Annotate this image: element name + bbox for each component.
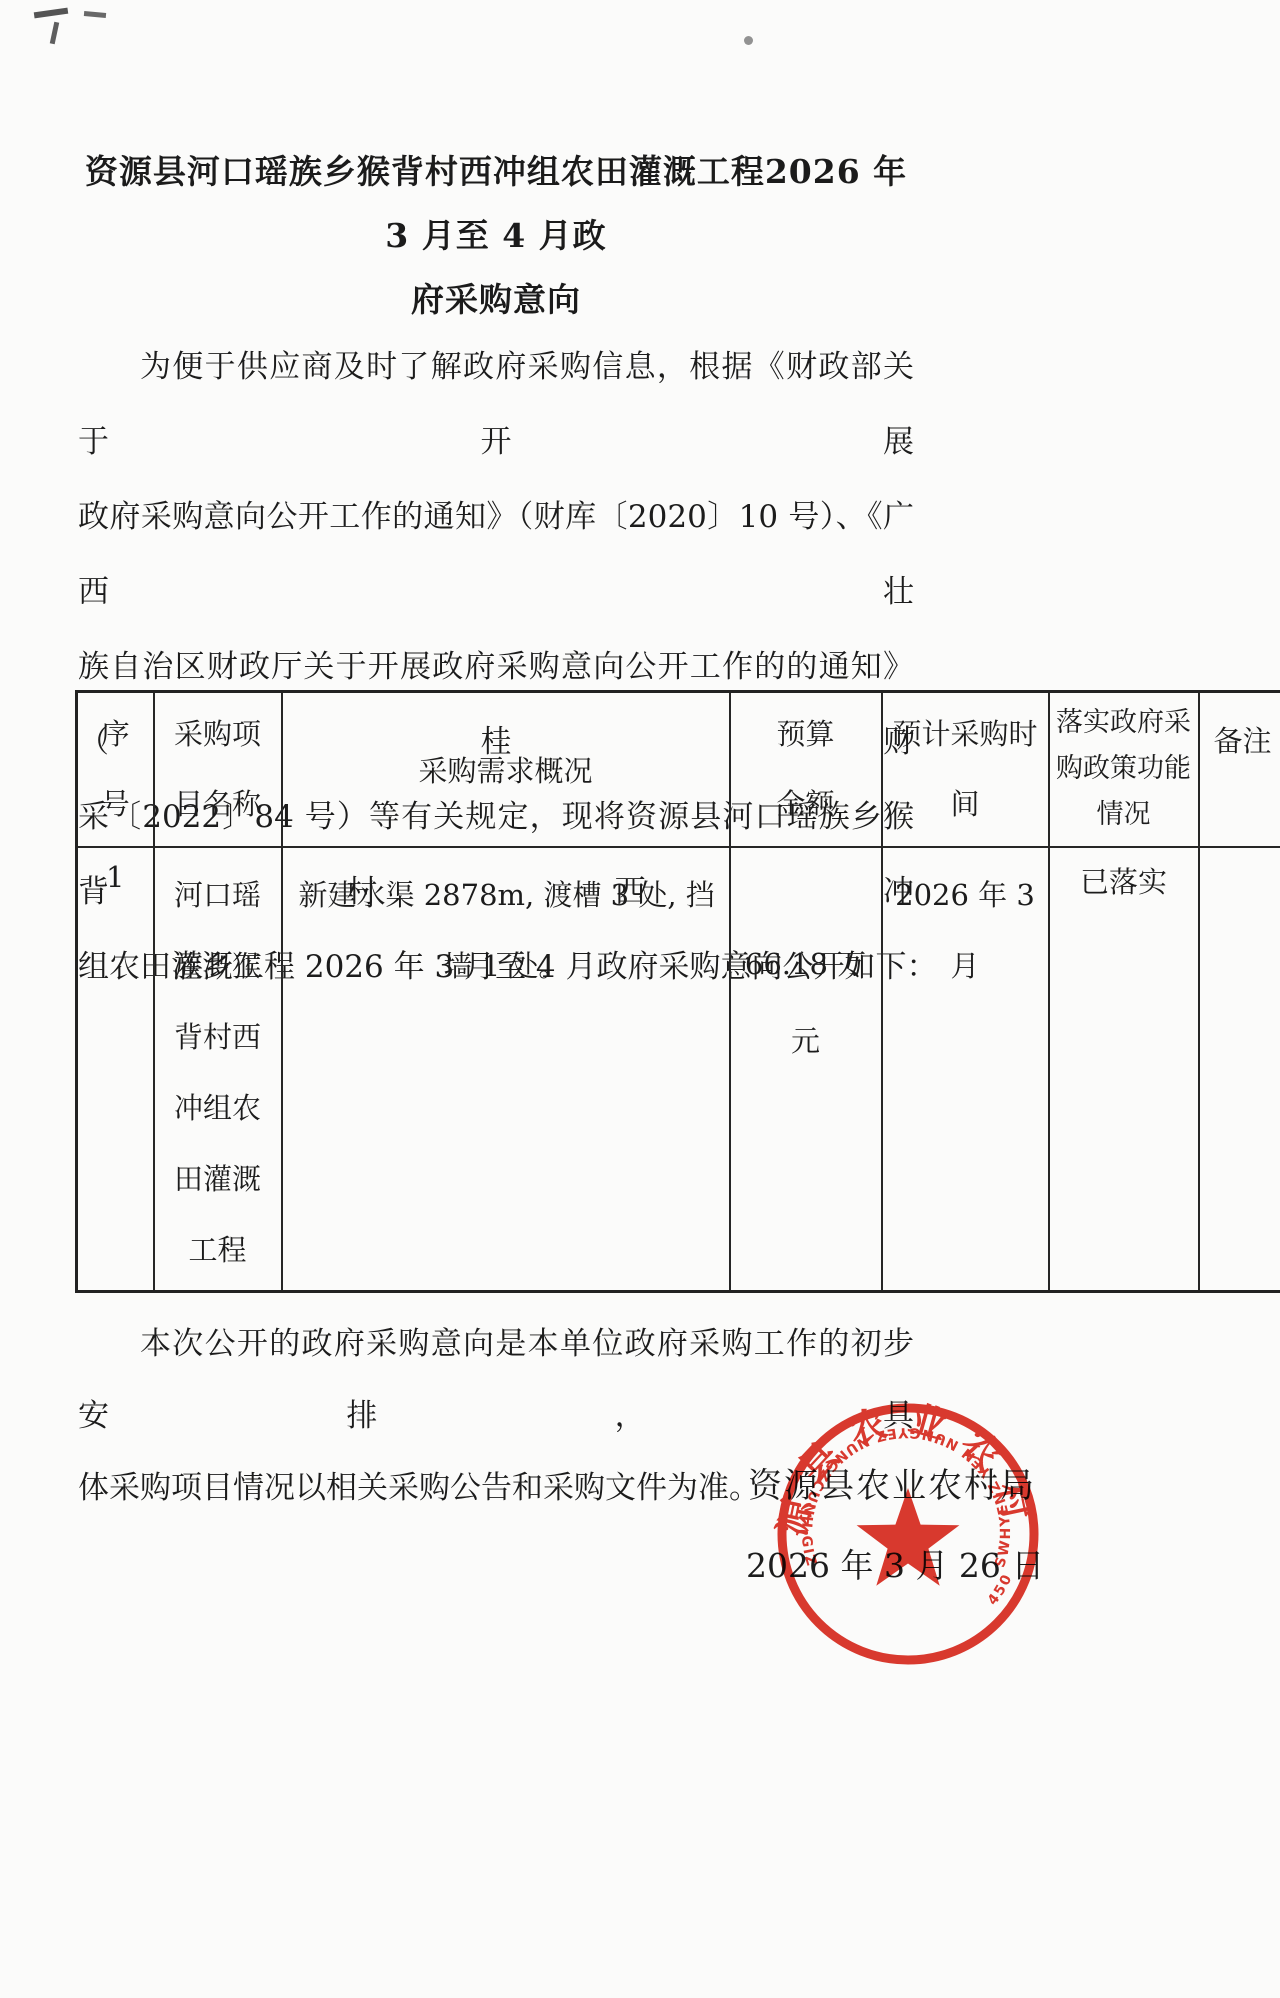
header-budget: 预算 金额 <box>730 692 882 847</box>
star-icon <box>857 1488 960 1586</box>
header-seq: 序 号 <box>77 692 154 847</box>
cell-seq: 1 <box>77 847 154 1292</box>
document-title: 资源县河口瑶族乡猴背村西冲组农田灌溉工程2026 年 3 月至 4 月政 府采购… <box>78 140 914 332</box>
header-project-name: 采购项 目名称 <box>154 692 282 847</box>
cell-budget: 66.18 万 元 <box>730 847 882 1292</box>
cell-note <box>1199 847 1280 1292</box>
intro-line: 为便于供应商及时了解政府采购信息，根据《财政部关于开展 <box>78 330 914 480</box>
procurement-table: 序 号 采购项 目名称 采购需求概况 预算 金额 预计采购时 间 落实政府采 购… <box>75 690 1280 1293</box>
official-stamp: 资源县农业农村局 SWHYENZ YEN NUNGYEZ NUNGZCUNH G… <box>770 1396 1046 1672</box>
scanned-document-page: { "doc": { "title_lines": [ "资源县河口瑶族乡猴背村… <box>0 0 1280 1998</box>
intro-line: 政府采购意向公开工作的通知》（财库〔2020〕10 号）、《广西壮 <box>78 480 914 630</box>
cell-expected-time: 2026 年 3 月 <box>882 847 1049 1292</box>
scan-artifact <box>50 22 59 45</box>
table-row: 1 河口瑶 族乡猴 背村西 冲组农 田灌溉 工程 新建水渠 2878m, 渡槽 … <box>77 847 1280 1292</box>
table-header-row: 序 号 采购项 目名称 采购需求概况 预算 金额 预计采购时 间 落实政府采 购… <box>77 692 1280 847</box>
header-policy: 落实政府采 购政策功能 情况 <box>1049 692 1199 847</box>
header-note: 备注 <box>1199 692 1280 847</box>
scan-artifact <box>84 11 106 18</box>
title-line-1: 资源县河口瑶族乡猴背村西冲组农田灌溉工程2026 年 3 月至 4 月政 <box>78 140 914 268</box>
title-line-2: 府采购意向 <box>78 268 914 332</box>
header-demand-overview: 采购需求概况 <box>282 692 730 847</box>
header-expected-time: 预计采购时 间 <box>882 692 1049 847</box>
cell-project-name: 河口瑶 族乡猴 背村西 冲组农 田灌溉 工程 <box>154 847 282 1292</box>
cell-demand-overview: 新建水渠 2878m, 渡槽 3 处, 挡 墙 1 处。 <box>282 847 730 1292</box>
scan-artifact <box>34 8 69 19</box>
scan-artifact <box>744 36 753 45</box>
cell-policy: 已落实 <box>1049 847 1199 1292</box>
